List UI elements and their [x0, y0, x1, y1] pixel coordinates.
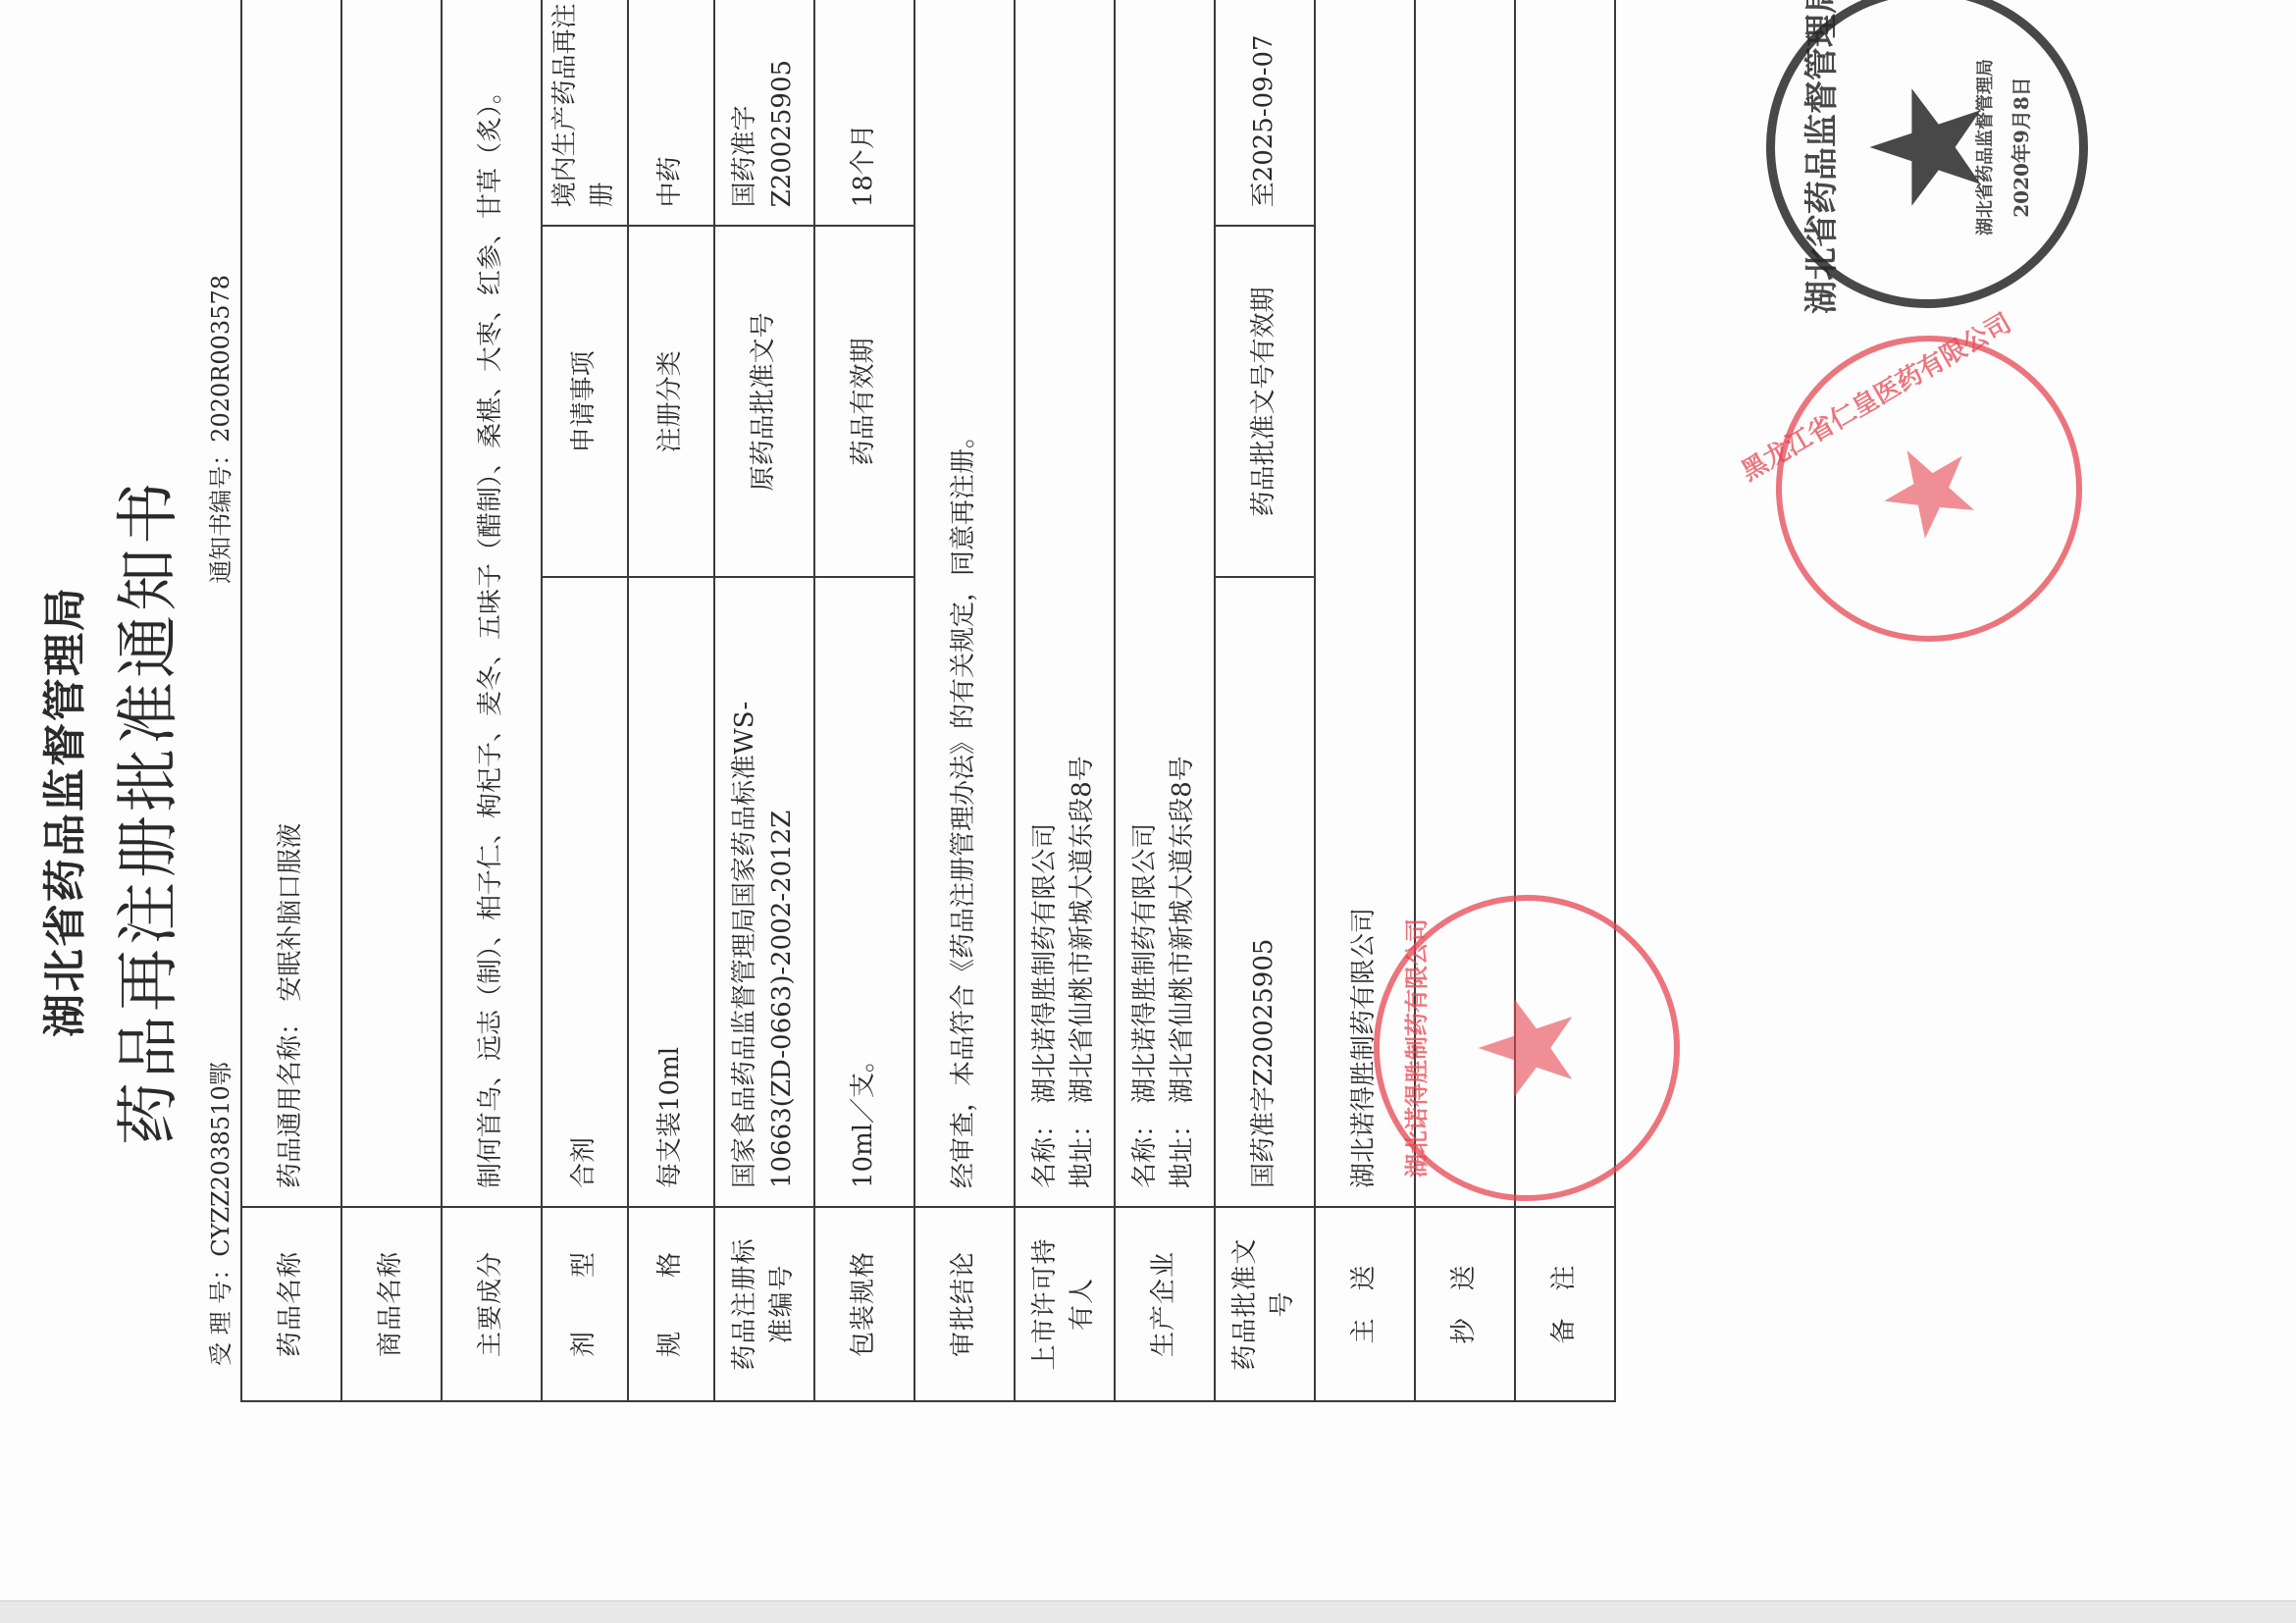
agency-seal-inner: 湖北省药品监督管理局	[1971, 59, 1997, 236]
agency-seal-text: 湖北省药品监督管理局	[1795, 0, 1843, 314]
table-row: 主要成分 制何首乌、远志（制）、柏子仁、枸杞子、麦冬、五味子（醋制）、桑椹、大枣…	[442, 0, 542, 1401]
agency-seal: 湖北省药品监督管理局 湖北省药品监督管理局 2020年9月8日	[1766, 0, 2088, 308]
table-row: 生产企业 名称： 湖北诺得胜制药有限公司 地址： 湖北省仙桃市新城大道东段8号	[1115, 0, 1215, 1401]
drug-name-label: 药品名称	[241, 1207, 341, 1401]
standard-label: 药品注册标准编号	[714, 1207, 814, 1401]
table-row: 商品名称	[341, 0, 442, 1401]
notice-number: 通知书编号：2020R003578	[201, 275, 235, 584]
standard-value: 国家食品药品监督管理局国家药品标准WS-10663(ZD-0663)-2002-…	[714, 577, 814, 1207]
trade-name-label: 商品名称	[341, 1207, 442, 1401]
company-seal: 湖北诺得胜制药有限公司	[1374, 895, 1680, 1201]
agency-name: 湖北省药品监督管理局	[29, 0, 92, 1623]
acceptance-number: 受 理 号：CYZZ2038510鄂	[201, 1062, 235, 1366]
conclusion-value: 经审查，本品符合《药品注册管理办法》的有关规定，同意再注册。	[914, 0, 1015, 1207]
scan-edge	[0, 1600, 2296, 1623]
ingredients-label: 主要成分	[442, 1207, 542, 1401]
copy-seal-text: 黑龙江省仁皇医药有限公司	[1734, 303, 2017, 488]
table-row: 审批结论 经审查，本品符合《药品注册管理办法》的有关规定，同意再注册。	[914, 0, 1015, 1401]
cc-label: 抄 送	[1415, 1207, 1515, 1401]
approval-validity-value: 至2025-09-07	[1215, 0, 1315, 226]
approval-no-value: 国药准字Z20025905	[1215, 577, 1315, 1207]
package-value: 10ml／支。	[814, 577, 914, 1207]
holder-address: 地址： 湖北省仙桃市新城大道东段8号	[1065, 0, 1102, 1188]
dosage-form-value: 合剂	[542, 577, 628, 1207]
original-approval-label: 原药品批准文号	[714, 226, 814, 577]
drug-name-value: 药品通用名称： 安眠补脑口服液	[241, 0, 341, 1207]
shelf-life-value: 18个月	[814, 0, 914, 226]
table-row: 剂 型 合剂 申请事项 境内生产药品再注册	[542, 0, 628, 1401]
original-approval-value: 国药准字Z20025905	[714, 0, 814, 226]
manufacturer-name: 名称： 湖北诺得胜制药有限公司	[1127, 0, 1165, 1188]
copy-seal: 黑龙江省仁皇医药有限公司	[1720, 280, 2138, 698]
approval-no-label: 药品批准文号	[1215, 1207, 1315, 1401]
manufacturer-address: 地址： 湖北省仙桃市新城大道东段8号	[1165, 0, 1202, 1188]
application-item-value: 境内生产药品再注册	[542, 0, 628, 226]
approval-table: 药品名称 药品通用名称： 安眠补脑口服液 商品名称 主要成分 制何首乌、远志（制…	[240, 0, 1616, 1402]
table-row: 药品批准文号 国药准字Z20025905 药品批准文号有效期 至2025-09-…	[1215, 0, 1315, 1401]
document-page: 湖北省药品监督管理局 药品再注册批准通知书 受 理 号：CYZZ2038510鄂…	[0, 0, 2296, 1623]
main-recipient-label: 主 送	[1315, 1207, 1415, 1401]
manufacturer-label: 生产企业	[1115, 1207, 1215, 1401]
holder-label: 上市许可持有人	[1015, 1207, 1115, 1401]
star-icon	[1862, 422, 1997, 556]
document-title: 药品再注册批准通知书	[98, 0, 188, 1623]
package-label: 包装规格	[814, 1207, 914, 1401]
agency-seal-date: 2020年9月8日	[2006, 77, 2034, 218]
approval-validity-label: 药品批准文号有效期	[1215, 226, 1315, 577]
table-row: 主 送 湖北诺得胜制药有限公司	[1315, 0, 1415, 1401]
company-seal-text: 湖北诺得胜制药有限公司	[1397, 918, 1432, 1178]
ingredients-value: 制何首乌、远志（制）、柏子仁、枸杞子、麦冬、五味子（醋制）、桑椹、大枣、红参、甘…	[442, 0, 542, 1207]
conclusion-label: 审批结论	[914, 1207, 1015, 1401]
remarks-label: 备 注	[1515, 1207, 1615, 1401]
dosage-form-label: 剂 型	[542, 1207, 628, 1401]
application-item-label: 申请事项	[542, 226, 628, 577]
star-icon	[1473, 994, 1581, 1102]
trade-name-value	[341, 0, 442, 1207]
table-row: 药品注册标准编号 国家食品药品监督管理局国家药品标准WS-10663(ZD-06…	[714, 0, 814, 1401]
table-row: 上市许可持有人 名称： 湖北诺得胜制药有限公司 地址： 湖北省仙桃市新城大道东段…	[1015, 0, 1115, 1401]
table-row: 包装规格 10ml／支。 药品有效期 18个月	[814, 0, 914, 1401]
table-row: 药品名称 药品通用名称： 安眠补脑口服液	[241, 0, 341, 1401]
registration-class-value: 中药	[628, 0, 714, 226]
spec-value: 每支装10ml	[628, 577, 714, 1207]
shelf-life-label: 药品有效期	[814, 226, 914, 577]
registration-class-label: 注册分类	[628, 226, 714, 577]
table-row: 规 格 每支装10ml 注册分类 中药	[628, 0, 714, 1401]
holder-value: 名称： 湖北诺得胜制药有限公司 地址： 湖北省仙桃市新城大道东段8号	[1015, 0, 1115, 1207]
spec-label: 规 格	[628, 1207, 714, 1401]
holder-name: 名称： 湖北诺得胜制药有限公司	[1027, 0, 1065, 1188]
manufacturer-value: 名称： 湖北诺得胜制药有限公司 地址： 湖北省仙桃市新城大道东段8号	[1115, 0, 1215, 1207]
